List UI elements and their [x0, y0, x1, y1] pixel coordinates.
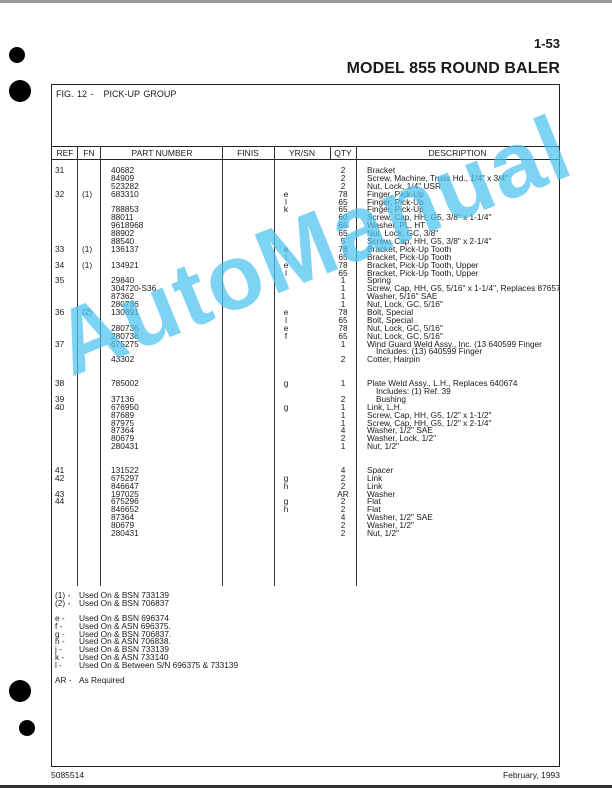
binder-hole-icon	[9, 680, 31, 702]
qty-cell: 1	[335, 341, 351, 349]
col-header-fn: FN	[79, 148, 99, 158]
qty-cell: 1	[335, 443, 351, 451]
ref-cell: 37	[55, 341, 64, 349]
col-header-part-number: PART NUMBER	[102, 148, 222, 158]
table-spacer	[52, 364, 559, 372]
part-number-cell: 675275	[111, 341, 139, 349]
ref-cell: 34	[55, 262, 64, 270]
fn-cell: (1)	[82, 262, 92, 270]
table-spacer	[52, 451, 559, 459]
binder-hole-icon	[9, 80, 31, 102]
ref-cell: 33	[55, 246, 64, 254]
figure-title: PICK-UP GROUP	[104, 89, 177, 99]
yrsn-cell: f	[281, 333, 291, 341]
part-number-cell: 134921	[111, 262, 139, 270]
part-number-cell: 280431	[111, 530, 139, 538]
document-number: 5085514	[51, 770, 84, 780]
table-row: 34(1)134921e78Bracket, Pick-Up Tooth, Up…	[52, 262, 559, 270]
footnote-text: Used On & Between S/N 696375 & 733139	[79, 662, 238, 670]
parts-table-body: 31406822Bracket849092Screw, Machine, Tru…	[52, 167, 559, 538]
description-cell: Nut, 1/2"	[367, 530, 399, 538]
table-header: REF FN PART NUMBER FINIS YR/SN QTY DESCR…	[52, 146, 559, 160]
page-number: 1-53	[534, 36, 560, 51]
binder-hole-icon	[19, 720, 35, 736]
table-row: 2804312Nut, 1/2"	[52, 530, 559, 538]
col-header-yrsn: YR/SN	[274, 148, 330, 158]
col-header-description: DESCRIPTION	[356, 148, 559, 158]
ref-cell: 40	[55, 404, 64, 412]
ref-cell: 44	[55, 498, 64, 506]
ref-cell: 32	[55, 191, 64, 199]
yrsn-cell: h	[281, 506, 291, 514]
figure-label: FIG. 12 -	[56, 89, 94, 99]
yrsn-cell: k	[281, 206, 291, 214]
part-number-cell: 280431	[111, 443, 139, 451]
ref-cell: 38	[55, 380, 64, 388]
binder-hole-icon	[9, 47, 25, 63]
fn-cell: (2)	[82, 309, 92, 317]
table-row: 433022Cotter, Hairpin	[52, 356, 559, 364]
qty-cell: 2	[335, 356, 351, 364]
ref-cell: 31	[55, 167, 64, 175]
yrsn-cell: g	[281, 380, 291, 388]
part-number-cell: 43302	[111, 356, 134, 364]
part-number-cell: 785002	[111, 380, 139, 388]
yrsn-cell: l	[281, 270, 291, 278]
col-header-qty: QTY	[330, 148, 356, 158]
yrsn-cell: g	[281, 404, 291, 412]
description-cell: Cotter, Hairpin	[367, 356, 420, 364]
footnote-text: As Required	[79, 677, 125, 685]
table-row: 38785002g1Plate Weld Assy., L.H., Replac…	[52, 380, 559, 388]
qty-cell: 1	[335, 380, 351, 388]
part-number-cell: 130891	[111, 309, 139, 317]
document-date: February, 1993	[503, 770, 560, 780]
part-number-cell: 136137	[111, 246, 139, 254]
scan-edge-top	[0, 0, 612, 3]
part-number-cell: 683310	[111, 191, 139, 199]
parts-table-frame: FIG. 12 -PICK-UP GROUP REF FN PART NUMBE…	[51, 84, 560, 767]
yrsn-cell: h	[281, 483, 291, 491]
table-row: 32(1)683310e78Finger, Pick-Up	[52, 191, 559, 199]
ref-cell: 35	[55, 277, 64, 285]
col-header-ref: REF	[54, 148, 76, 158]
col-header-finis: FINIS	[222, 148, 274, 158]
qty-cell: 2	[335, 530, 351, 538]
description-cell: Nut, 1/2"	[367, 443, 399, 451]
ref-cell: 36	[55, 309, 64, 317]
figure-caption: FIG. 12 -PICK-UP GROUP	[56, 89, 176, 99]
footnote-key: l -	[55, 662, 62, 670]
footnote-key: AR -	[55, 677, 72, 685]
fn-cell: (1)	[82, 191, 92, 199]
table-row: 33(1)136137e78Bracket, Pick-Up Tooth	[52, 246, 559, 254]
table-row: 36(2)130891e78Bolt, Special	[52, 309, 559, 317]
col-divider	[330, 146, 331, 160]
fn-cell: (1)	[82, 246, 92, 254]
table-row: 376752751Wind Guard Weld Assy., Inc. (13…	[52, 341, 559, 349]
footnote-text: Used On & BSN 706837	[79, 600, 169, 608]
ref-cell: 42	[55, 475, 64, 483]
footnote-key: (2) -	[55, 600, 70, 608]
table-row: 2804311Nut, 1/2"	[52, 443, 559, 451]
model-title: MODEL 855 ROUND BALER	[347, 60, 560, 78]
